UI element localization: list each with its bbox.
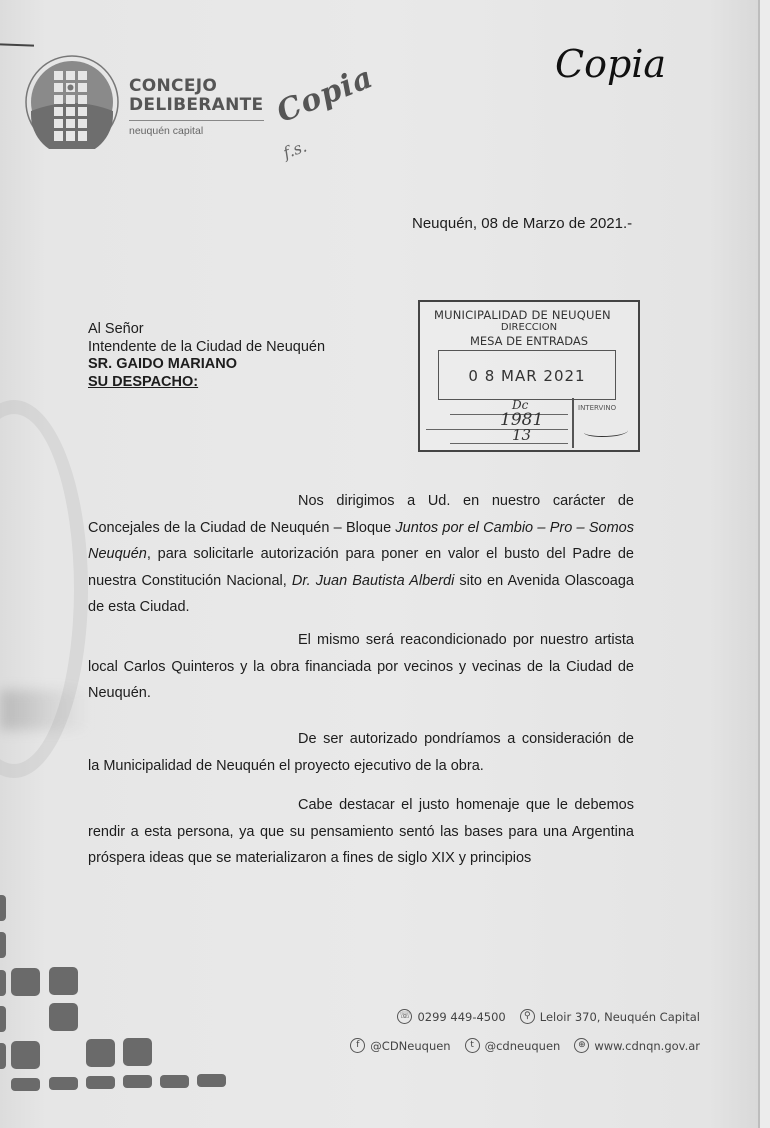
- stamp-line3: MESA DE ENTRADAS: [420, 334, 638, 348]
- stamp-signature: [584, 426, 628, 437]
- ink-mark: [0, 43, 34, 46]
- stamp-rule: [426, 429, 568, 430]
- logo-wordmark: CONCEJO DELIBERANTE neuquén capital: [129, 77, 264, 137]
- copy-stamp: Copia: [272, 60, 378, 130]
- page-edge-shadow: [760, 0, 770, 1128]
- copy-stamp-prefix: f.s.: [280, 137, 309, 163]
- paragraph-3-first-line: De ser autorizado pondríamos a considera…: [88, 726, 634, 753]
- paragraph-1-person-name: Dr. Juan Bautista Alberdi: [292, 573, 454, 589]
- logo-subtitle: neuquén capital: [129, 125, 264, 137]
- letter-date: Neuquén, 08 de Marzo de 2021.-: [412, 215, 632, 232]
- stamp-date-box: 0 8 MAR 2021: [438, 350, 616, 400]
- location-pin-icon: ⚲: [520, 1009, 535, 1024]
- addressee-title: Intendente de la Ciudad de Neuquén: [88, 339, 325, 357]
- facebook-icon: f: [350, 1038, 365, 1053]
- twitter-handle: @cdneuquen: [485, 1039, 561, 1053]
- reception-stamp: MUNICIPALIDAD DE NEUQUEN DIRECCION MESA …: [418, 300, 640, 452]
- footer-social-row: f @CDNeuquen t @cdneuquen ⊕ www.cdnqn.go…: [350, 1038, 700, 1053]
- globe-icon: ⊕: [574, 1038, 589, 1053]
- paragraph-4-first-line: Cabe destacar el justo homenaje que le d…: [88, 792, 634, 819]
- addressee-name: SR. GAIDO MARIANO: [88, 356, 325, 374]
- concejo-logo-icon: [25, 55, 119, 149]
- website-url: www.cdnqn.gov.ar: [594, 1039, 700, 1053]
- stamp-divider: [572, 398, 574, 448]
- stamp-intervino-label: INTERVINO: [578, 404, 616, 412]
- body-paragraph-1: Nos dirigimos a Ud. en nuestro carácter …: [88, 488, 634, 621]
- stamp-rule: [450, 443, 568, 444]
- phone-number: 0299 449-4500: [417, 1010, 505, 1024]
- body-paragraph-4: Cabe destacar el justo homenaje que le d…: [88, 792, 634, 872]
- stamp-handwritten-bottom: 13: [512, 426, 531, 444]
- page-edge: [758, 0, 760, 1128]
- paragraph-4-text: rendir a esta persona, ya que su pensami…: [88, 824, 634, 867]
- logo-title-line2: DELIBERANTE: [129, 96, 264, 115]
- logo-divider: [129, 120, 264, 121]
- facebook-handle: @CDNeuquen: [370, 1039, 450, 1053]
- handwritten-note: Copia: [555, 42, 666, 86]
- addressee-block: Al Señor Intendente de la Ciudad de Neuq…: [88, 321, 325, 391]
- twitter-icon: t: [465, 1038, 480, 1053]
- address-text: Leloir 370, Neuquén Capital: [540, 1010, 700, 1024]
- paragraph-3-text: la Municipalidad de Neuquén el proyecto …: [88, 758, 484, 774]
- footer-facebook: f @CDNeuquen: [350, 1038, 450, 1053]
- phone-icon: ☏: [397, 1009, 412, 1024]
- stamp-line2: DIRECCION: [420, 322, 638, 333]
- decorative-squares-icon: [0, 880, 240, 1100]
- body-paragraph-2: El mismo será reacondicionado por nuestr…: [88, 627, 634, 707]
- fold-shadow: [0, 690, 90, 730]
- paragraph-2-first-line: El mismo será reacondicionado por nuestr…: [88, 627, 634, 654]
- logo-title-line1: CONCEJO: [129, 77, 264, 96]
- paragraph-1-first-line: Nos dirigimos a Ud. en nuestro carácter …: [88, 488, 634, 515]
- footer-contact-row: ☏ 0299 449-4500 ⚲ Leloir 370, Neuquén Ca…: [397, 1009, 700, 1024]
- stamp-line1: MUNICIPALIDAD DE NEUQUEN: [434, 308, 611, 322]
- footer-phone: ☏ 0299 449-4500: [397, 1009, 505, 1024]
- footer-address: ⚲ Leloir 370, Neuquén Capital: [520, 1009, 700, 1024]
- stamp-date: 0 8 MAR 2021: [439, 367, 615, 385]
- addressee-office: SU DESPACHO:: [88, 374, 198, 390]
- body-paragraph-3: De ser autorizado pondríamos a considera…: [88, 726, 634, 779]
- addressee-salutation: Al Señor: [88, 321, 325, 339]
- paragraph-2-text: local Carlos Quinteros y la obra financi…: [88, 659, 634, 702]
- footer-twitter: t @cdneuquen: [465, 1038, 561, 1053]
- paragraph-1-text: Concejales de la Ciudad de Neuquén – Blo…: [88, 520, 395, 536]
- footer-website: ⊕ www.cdnqn.gov.ar: [574, 1038, 700, 1053]
